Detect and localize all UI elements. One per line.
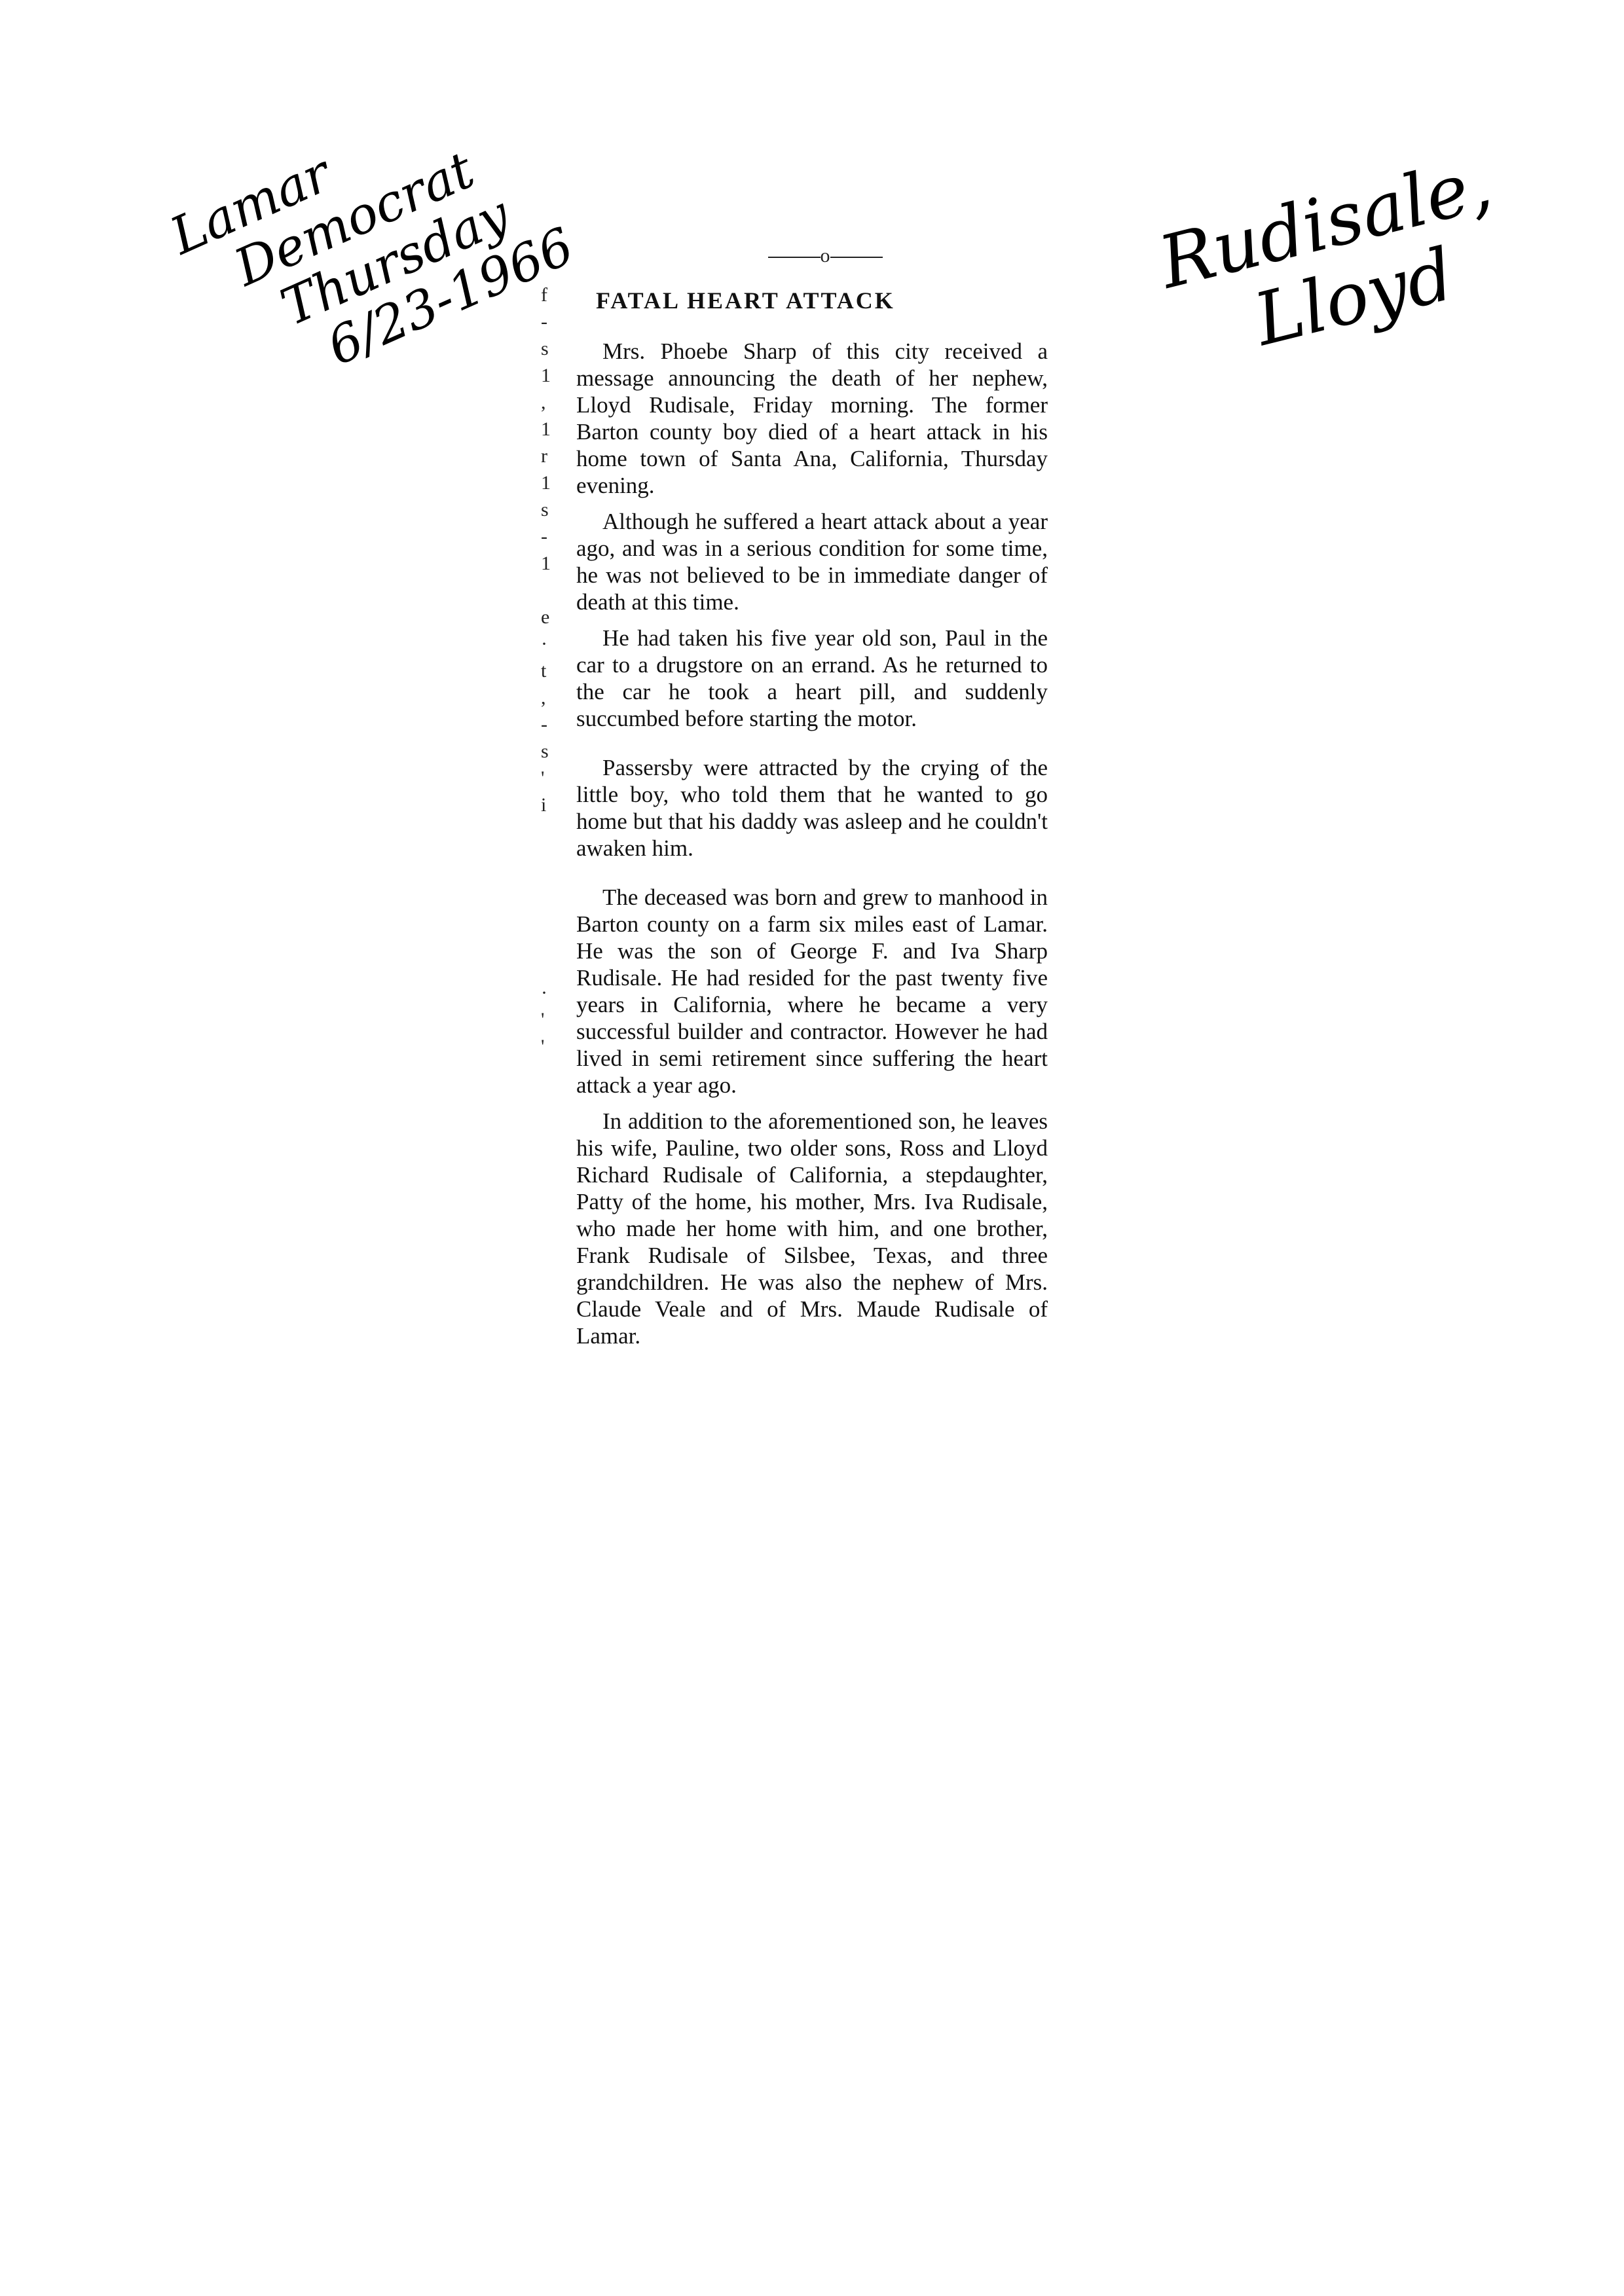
article-paragraph: He had taken his five year old son, Paul… — [576, 625, 1048, 732]
article-paragraph: Passersby were attracted by the crying o… — [576, 754, 1048, 862]
divider-ornament: o — [821, 245, 830, 266]
column-fragment-glyph: s — [541, 496, 554, 523]
divider-rule-right — [830, 257, 883, 258]
column-fragment-glyph: 1 — [541, 362, 554, 389]
column-fragment-glyph: s — [541, 335, 554, 362]
column-fragment-glyph — [541, 953, 554, 979]
column-fragment-glyph: ' — [541, 1033, 554, 1060]
column-fragment-glyph: 1 — [541, 550, 554, 577]
column-fragment-glyph — [541, 926, 554, 953]
column-fragment-glyph: , — [541, 389, 554, 416]
column-fragment-glyph — [541, 899, 554, 926]
section-divider: o — [602, 242, 1048, 269]
column-fragment-glyph: - — [541, 308, 554, 335]
article-paragraph: In addition to the aforementioned son, h… — [576, 1108, 1048, 1349]
column-fragment-glyph: 1 — [541, 416, 554, 443]
column-fragment-glyph: t — [541, 657, 554, 684]
column-fragment-glyph: r — [541, 443, 554, 469]
column-fragment-glyph: s — [541, 738, 554, 765]
column-fragment-glyph: ' — [541, 765, 554, 792]
column-fragment-glyph: · — [541, 630, 554, 657]
column-fragment-glyph: , — [541, 684, 554, 711]
divider-rule-left — [768, 257, 821, 258]
column-fragment-glyph: 1 — [541, 469, 554, 496]
article-paragraph: Mrs. Phoebe Sharp of this city received … — [576, 338, 1048, 499]
column-fragment-glyph: e — [541, 604, 554, 630]
column-fragment-glyph: - — [541, 711, 554, 738]
column-fragment-glyph — [541, 845, 554, 872]
adjacent-column-fragments: f-s1,1r1s-1e·t,-s'i·'' — [541, 282, 554, 1060]
column-fragment-glyph: - — [541, 523, 554, 550]
column-fragment-glyph: f — [541, 282, 554, 308]
column-fragment-glyph: i — [541, 792, 554, 818]
column-fragment-glyph — [541, 872, 554, 899]
newspaper-clipping: o FATAL HEART ATTACK Mrs. Phoebe Sharp o… — [576, 242, 1048, 1358]
column-fragment-glyph: ' — [541, 1006, 554, 1033]
article-headline: FATAL HEART ATTACK — [596, 287, 1048, 314]
column-fragment-glyph — [541, 818, 554, 845]
handwritten-name-note: Rudisale, Lloyd — [1153, 147, 1517, 375]
column-fragment-glyph: · — [541, 979, 554, 1006]
column-fragment-glyph — [541, 577, 554, 604]
article-paragraph: Although he suffered a heart attack abou… — [576, 508, 1048, 615]
handwritten-source-note: Lamar Democrat Thursday 6/23-1966 — [164, 69, 582, 417]
article-paragraph: The deceased was born and grew to manhoo… — [576, 884, 1048, 1099]
